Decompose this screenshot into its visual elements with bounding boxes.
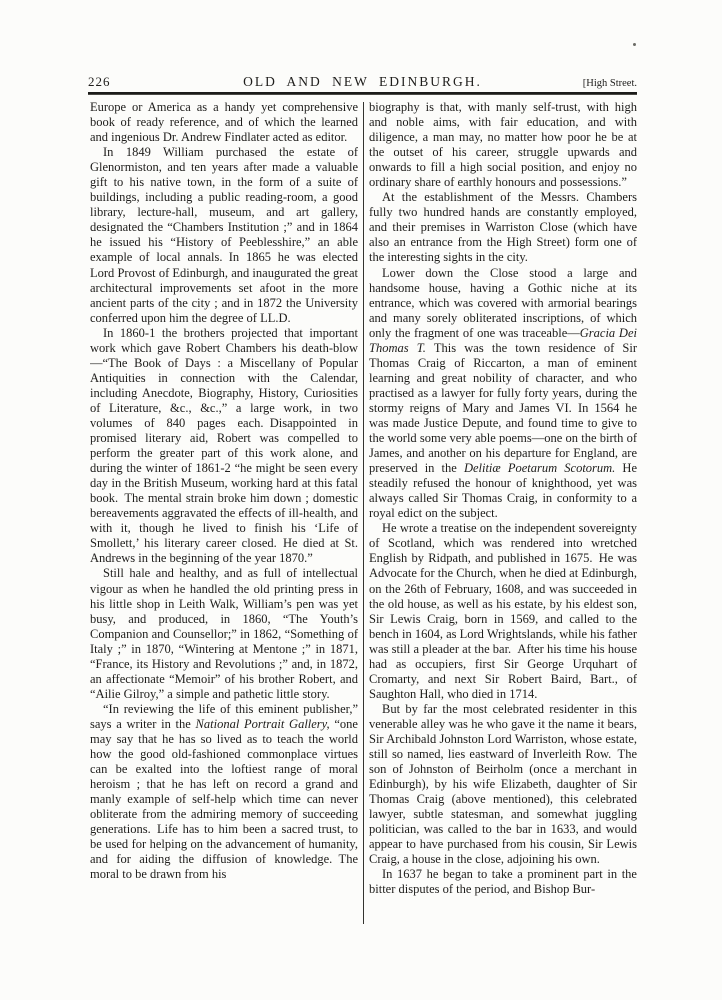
column-divider: [363, 102, 364, 924]
paragraph: In 1637 he began to take a prominent par…: [369, 867, 637, 897]
page-number: 226: [88, 74, 178, 90]
margin-note: [High Street.: [547, 78, 637, 89]
right-column: biography is that, with manly self-trust…: [369, 100, 637, 932]
text-columns: Europe or America as a handy yet compreh…: [90, 100, 637, 932]
left-column: Europe or America as a handy yet compreh…: [90, 100, 358, 932]
paragraph: But by far the most celebrated residente…: [369, 702, 637, 868]
paragraph: “In reviewing the life of this eminent p…: [90, 702, 358, 883]
paragraph: biography is that, with manly self-trust…: [369, 100, 637, 190]
paragraph: In 1860-1 the brothers projected that im…: [90, 326, 358, 567]
paragraph: Still hale and healthy, and as full of i…: [90, 566, 358, 701]
page-header: 226 OLD AND NEW EDINBURGH. [High Street.: [88, 74, 637, 90]
header-rule: [88, 92, 637, 95]
running-title: OLD AND NEW EDINBURGH.: [178, 74, 547, 90]
paragraph: Europe or America as a handy yet compreh…: [90, 100, 358, 145]
paragraph: In 1849 William purchased the estate of …: [90, 145, 358, 326]
paragraph: At the establishment of the Messrs. Cham…: [369, 190, 637, 265]
paragraph: Lower down the Close stood a large and h…: [369, 266, 637, 522]
book-page: 226 OLD AND NEW EDINBURGH. [High Street.…: [0, 0, 722, 1000]
paragraph: He wrote a treatise on the independent s…: [369, 521, 637, 702]
scan-speck: [633, 43, 636, 46]
